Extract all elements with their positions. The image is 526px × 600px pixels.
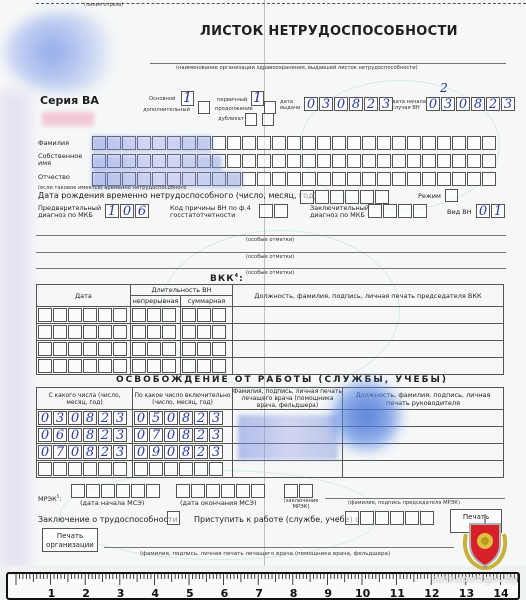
special-notes-caption: (особые отметки): [246, 255, 294, 261]
doctor-signature-line[interactable]: [104, 547, 454, 548]
regime-checkbox[interactable]: [445, 189, 458, 202]
ruler-number: 11: [390, 587, 405, 600]
ruler-number: 5: [186, 587, 194, 600]
mrek-conclusion-cells[interactable]: [284, 484, 314, 498]
special-notes-caption: (особые отметки): [246, 238, 294, 244]
birthdate-label: Дата рождения временно нетрудоспособного…: [38, 191, 317, 200]
cut-line: (линия отреза): [36, 3, 526, 4]
release-col-from: С какого числа (число, месяц, год): [37, 388, 133, 410]
name-label: Собственное имя: [38, 153, 88, 168]
final-diagnosis-label: Заключительный диагноз по МКБ: [310, 205, 370, 220]
vkk-row[interactable]: [37, 324, 504, 341]
blank-checkbox[interactable]: [262, 113, 274, 126]
case-start-correction: 2: [437, 82, 451, 94]
mrek-label: МРЭК5:: [38, 495, 61, 504]
ruler-number: 12: [424, 587, 439, 600]
ruler-number: 3: [117, 587, 125, 600]
special-notes-line-3[interactable]: [36, 268, 506, 269]
mrek-end-cells[interactable]: [176, 484, 266, 498]
ruler-number: 13: [459, 587, 474, 600]
return-to-work-label: Приступить к работе (службе, учебе) с: [194, 515, 360, 524]
type-cells[interactable]: 0 1: [476, 204, 506, 218]
primary-label: первичный: [217, 98, 247, 104]
duplicate-checkbox[interactable]: [245, 113, 257, 126]
vkk-col-chair: Должность, фамилия, подпись, личная печа…: [233, 285, 504, 307]
doctor-signature-blurred: [238, 415, 338, 460]
mrek-chair-caption: (фамилия, подпись председателя МРЭК): [348, 501, 460, 507]
surname-label: Фамилия: [38, 140, 69, 147]
ruler-number: 14: [493, 587, 508, 600]
org-name-caption: (наименование организации здравоохранени…: [176, 66, 418, 72]
duplicate-label: дубликат: [218, 117, 244, 123]
mrek-start-cells[interactable]: [71, 484, 161, 498]
vkk-title: ВКК4:: [210, 273, 244, 284]
vkk-col-duration: Длительность ВН: [131, 285, 233, 296]
police-emblem-icon: [460, 514, 510, 570]
vkk-row[interactable]: [37, 307, 504, 324]
fold-line: [264, 0, 265, 566]
work-capacity-checkbox[interactable]: [167, 511, 180, 525]
ruler-number: 1: [48, 587, 56, 600]
name-blurred: [92, 155, 222, 171]
surname-blurred: [92, 136, 212, 152]
release-row[interactable]: [37, 461, 504, 478]
primary-value: 1: [251, 91, 264, 105]
watermark: sudexpert.gov.by: [431, 574, 518, 585]
additional-checkbox[interactable]: [198, 101, 210, 114]
ruler-number: 7: [255, 587, 263, 600]
vkk-col-date: Дата: [37, 285, 131, 307]
preliminary-diagnosis-label: Предварительный диагноз по МКБ: [38, 205, 103, 220]
release-col-to: По какое число включительно (число, меся…: [133, 388, 233, 410]
sick-leave-form: (линия отреза) ЛИСТОК НЕТРУДОСПОСОБНОСТИ…: [0, 0, 526, 566]
hologram-sticker-blurred: [4, 12, 124, 92]
mrek-start-caption: (дата начала МСЭ): [80, 500, 144, 507]
ruler-number: 6: [221, 587, 229, 600]
issue-date-cells[interactable]: 0 3 0 8 2 3: [304, 97, 394, 111]
case-start-date-cells[interactable]: 0 3 0 8 2 3: [426, 97, 516, 111]
special-notes-caption: (особые отметки): [246, 271, 294, 277]
patronymic-label: Отчество: [38, 174, 70, 181]
type-label: Вид ВН: [447, 209, 472, 216]
work-capacity-label: Заключение о трудоспособности: [38, 515, 178, 524]
ruler-number: 10: [355, 587, 370, 600]
mrek-conclusion-caption: (заключение МРЭК): [279, 499, 323, 511]
regime-label: Режим: [418, 193, 441, 200]
final-diagnosis-cells[interactable]: [368, 204, 428, 218]
vkk-table: Дата Длительность ВН Должность, фамилия,…: [36, 284, 504, 375]
additional-label: дополнительный: [143, 108, 190, 114]
release-title: ОСВОБОЖДЕНИЕ ОТ РАБОТЫ (СЛУЖБЫ, УЧЕБЫ): [116, 375, 448, 385]
vkk-col-total: суммарная: [181, 296, 233, 307]
series-label: Серия ВА: [40, 94, 99, 107]
preliminary-diagnosis-cells[interactable]: 1 0 6: [105, 204, 150, 218]
doctor-stamp-blurred: [330, 380, 402, 452]
ruler-number: 8: [290, 587, 298, 600]
vkk-row[interactable]: [37, 341, 504, 358]
cause-code-cells[interactable]: [259, 204, 289, 218]
org-stamp-box: Печать организации: [42, 528, 98, 552]
special-notes-line-1[interactable]: [36, 235, 506, 236]
document-title: ЛИСТОК НЕТРУДОСПОСОБНОСТИ: [200, 24, 458, 39]
series-number-blurred: [42, 112, 94, 126]
ruler-number: 2: [82, 587, 90, 600]
ruler-number: 9: [324, 587, 332, 600]
vkk-col-continuous: непрерывная: [131, 296, 181, 307]
main-label: Основной: [149, 97, 176, 103]
ruler-number: 4: [151, 587, 159, 600]
vkk-row[interactable]: [37, 358, 504, 375]
doctor-caption: (фамилия, подпись, личная печать лечащег…: [140, 551, 390, 557]
special-notes-line-2[interactable]: [36, 252, 506, 253]
cause-code-label: Код причины ВН по ф.4 госстатотчетности: [170, 205, 260, 220]
mrek-chair-line[interactable]: [325, 498, 505, 499]
return-to-work-cells[interactable]: [345, 511, 435, 525]
main-value: 1: [181, 91, 194, 105]
org-name-line: [150, 63, 506, 64]
release-col-doctor: Фамилия, подпись, личная печать лечащего…: [233, 388, 343, 410]
edge-shadow: [0, 90, 30, 566]
mrek-end-caption: (дата окончания МСЭ): [180, 500, 256, 507]
case-start-label: дата начала случая ВН: [392, 100, 426, 112]
birthdate-cells[interactable]: [300, 190, 390, 204]
cut-line-label: (линия отреза): [84, 2, 123, 8]
issue-date-label: дата выдачи: [280, 100, 302, 112]
